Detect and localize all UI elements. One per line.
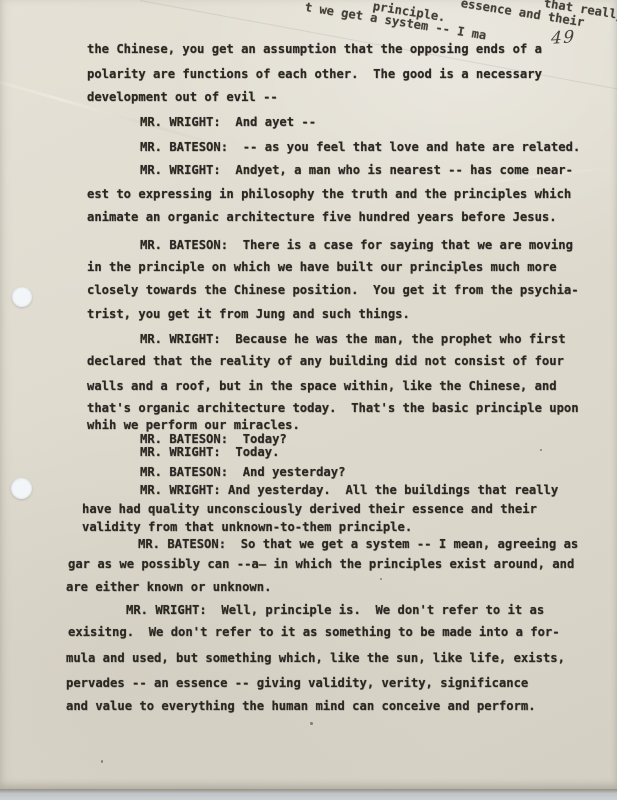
transcript-line: MR. WRIGHT: Andyet, a man who is nearest…: [140, 164, 573, 177]
ink-speck: [101, 760, 103, 763]
transcript-line: whih we perform our miracles.: [87, 419, 300, 432]
transcript-line: trist, you get it from Jung and such thi…: [87, 308, 410, 321]
transcript-line: are either known or unknown.: [66, 581, 271, 594]
punch-hole-top: [12, 287, 32, 307]
transcript-line: MR. WRIGHT: Well, principle is. We don't…: [126, 604, 544, 617]
transcript-line: declared that the reality of any buildin…: [87, 355, 564, 368]
scanned-document-page: principle.essence and theirthat reallyt …: [0, 0, 617, 800]
transcript-line: MR. WRIGHT: And yesterday. All the build…: [140, 484, 558, 497]
transcript-line: exisitng. We don't refer to it as someth…: [68, 626, 560, 639]
transcript-line: polarity are functions of each other. Th…: [87, 68, 542, 81]
scan-edge-strip: [0, 789, 617, 800]
transcript-line: validity from that unknown-to-them princ…: [82, 521, 412, 534]
transcript-line: have had quality unconsciously derived t…: [82, 503, 537, 516]
transcript-line: that's organic architecture today. That'…: [87, 402, 579, 415]
transcript-line: mula and used, but something which, like…: [66, 652, 565, 665]
transcript-line: MR. BATESON: So that we get a system -- …: [138, 538, 578, 551]
transcript-line: MR. WRIGHT: Today.: [140, 446, 279, 459]
punch-hole-bottom: [11, 478, 32, 499]
transcript-line: gar as we possibly can --a̶ in which the…: [68, 558, 574, 571]
transcript-line: in the principle on which we have built …: [87, 261, 557, 274]
transcript-line: MR. BATESON: And yesterday?: [140, 466, 345, 479]
transcript-line: closely towards the Chinese position. Yo…: [87, 284, 579, 297]
ink-speck: [380, 578, 382, 580]
ink-speck: [310, 722, 313, 725]
transcript-line: MR. BATESON: There is a case for saying …: [140, 239, 573, 252]
transcript-line: est to expressing in philosophy the trut…: [87, 188, 571, 201]
transcript-line: MR. BATESON: -- as you feel that love an…: [140, 141, 580, 154]
transcript-line: walls and a roof, but in the space withi…: [87, 380, 557, 393]
transcript-line: development out of evil --: [87, 91, 278, 104]
transcript-line: animate an organic architecture five hun…: [87, 211, 557, 224]
transcript-line: and value to everything the human mind c…: [66, 700, 536, 713]
transcript-line: MR. WRIGHT: And ayet --: [140, 116, 316, 129]
transcript-line: pervades -- an essence -- giving validit…: [66, 677, 528, 690]
handwritten-page-number: 49: [551, 27, 576, 49]
paper: principle.essence and theirthat reallyt …: [0, 0, 617, 789]
ink-speck: [540, 449, 542, 451]
transcript-line: MR. WRIGHT: Because he was the man, the …: [140, 333, 566, 346]
transcript-line: the Chinese, you get an assumption that …: [87, 43, 542, 56]
